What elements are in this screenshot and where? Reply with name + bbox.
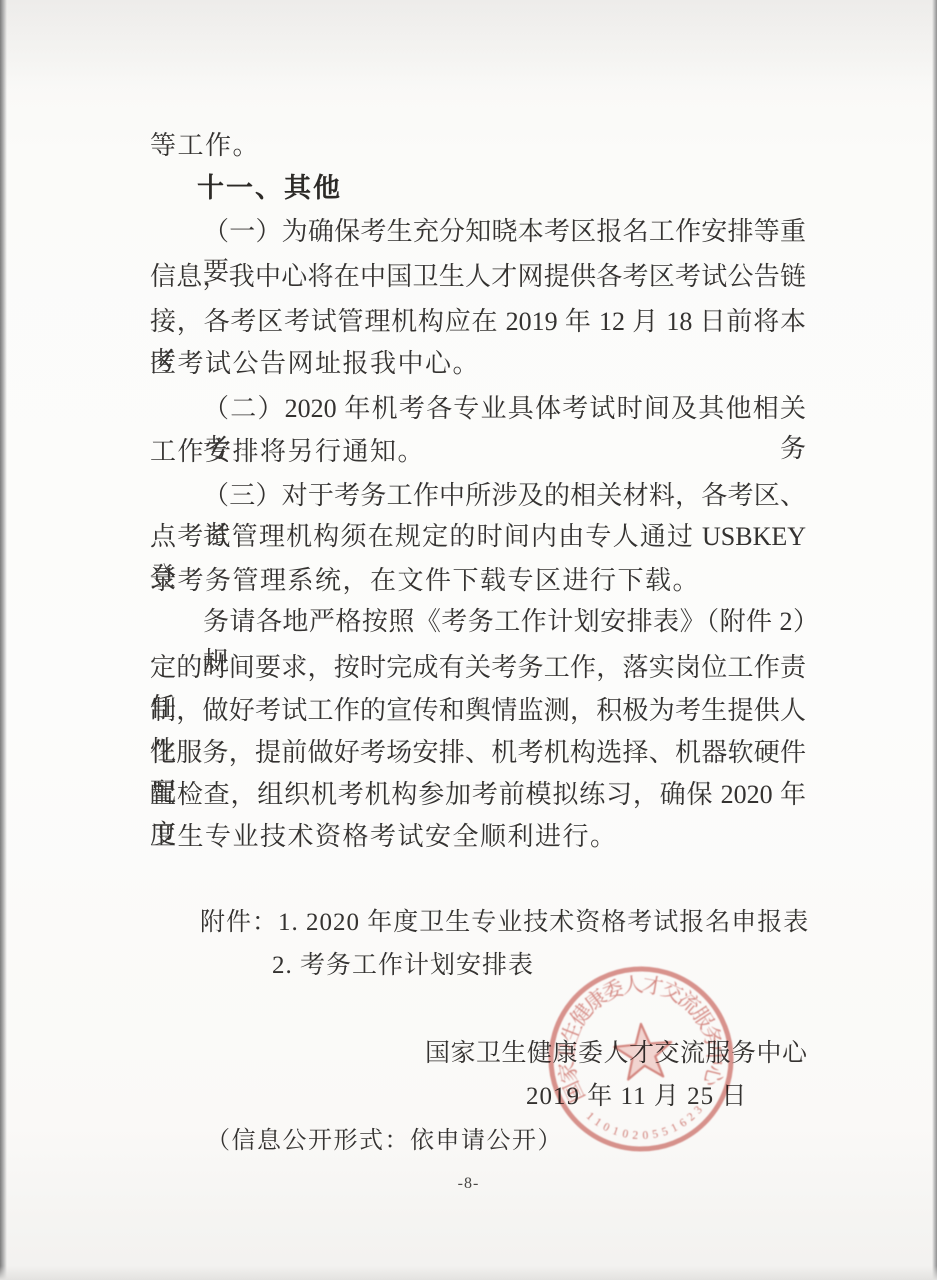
- body-line: （三）对于考务工作中所涉及的相关材料，各考区、考: [150, 476, 806, 516]
- body-line: 置检查，组织机考机构参加考前模拟练习，确保 2020 年度: [150, 775, 806, 815]
- body-line: 区考试公告网址报我中心。: [150, 344, 806, 384]
- attachments-line: 附件：1. 2020 年度卫生专业技术资格考试报名申报表: [200, 903, 820, 943]
- attachments-label: 附件：: [200, 909, 278, 936]
- body-line: （二）2020 年机考各专业具体考试时间及其他相关考务: [150, 389, 806, 429]
- body-line: 等工作。: [150, 126, 806, 166]
- attachment-item: 1. 2020 年度卫生专业技术资格考试报名申报表: [278, 909, 809, 936]
- section-heading: 十一、其他: [197, 168, 853, 208]
- body-line: 卫生专业技术资格考试安全顺利进行。: [150, 817, 806, 857]
- body-line: 务请各地严格按照《考务工作计划安排表》（附件 2）规: [150, 602, 806, 642]
- scan-edge-left: [0, 0, 7, 1280]
- official-seal: 国家卫生健康委人才交流服务中心 1101020551623: [530, 948, 751, 1169]
- body-line: 制，做好考试工作的宣传和舆情监测，积极为考生提供人性: [150, 691, 806, 731]
- body-line: 化服务，提前做好考场安排、机考机构选择、机器软硬件配: [150, 733, 806, 773]
- body-line: 信息，我中心将在中国卫生人才网提供各考区考试公告链: [150, 257, 806, 297]
- scan-edge-right: [932, 0, 937, 1280]
- body-line: 录考务管理系统，在文件下载专区进行下载。: [150, 561, 806, 601]
- scan-shadow-top: [0, 0, 937, 90]
- body-line: （一）为确保考生充分知晓本考区报名工作安排等重要: [150, 212, 806, 252]
- scanned-document-page: { "document": { "lines": [ "等工作。", "十一、其…: [0, 0, 937, 1280]
- body-line: 接，各考区考试管理机构应在 2019 年 12 月 18 日前将本考: [150, 302, 806, 342]
- body-line: 点考试管理机构须在规定的时间内由专人通过 USBKEY 登: [150, 517, 806, 557]
- body-line: 定的时间要求，按时完成有关考务工作，落实岗位工作责任: [150, 648, 806, 688]
- document-page: 等工作。 十一、其他 （一）为确保考生充分知晓本考区报名工作安排等重要 信息，我…: [0, 0, 937, 1280]
- page-number: -8-: [0, 1172, 937, 1196]
- scan-edge-bottom: [0, 1266, 937, 1280]
- body-line: 工作安排将另行通知。: [150, 432, 806, 472]
- seal-star-icon: [613, 1021, 675, 1080]
